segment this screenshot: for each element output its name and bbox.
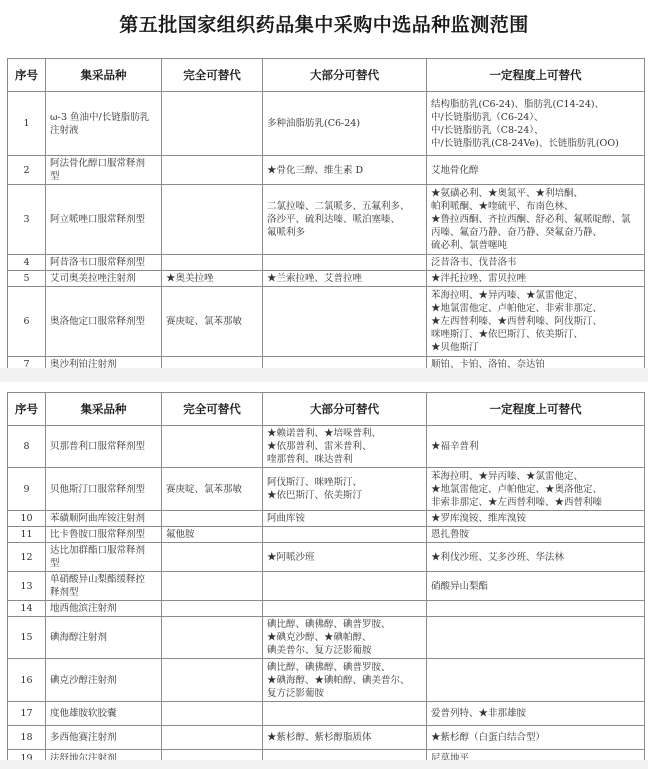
cell-partially-replaceable: ★罗库溴铵、维库溴铵	[427, 511, 645, 527]
cell-text-line: 型	[50, 557, 157, 570]
cell-mostly-replaceable	[263, 527, 427, 543]
cell-fully-replaceable	[162, 617, 263, 659]
cell-partially-replaceable: ★紫杉醇（白蛋白结合型）	[427, 726, 645, 750]
cell-drug: 贝他斯汀口服常释剂型	[46, 468, 162, 511]
cell-text-line: 苯海拉明、★异丙嗪、★氯雷他定、	[431, 470, 640, 483]
cell-text-line: 地西他滨注射剂	[50, 602, 157, 615]
cell-fully-replaceable: ★奥美拉唑	[162, 271, 263, 287]
cell-drug: 多西他赛注射剂	[46, 726, 162, 750]
cell-text-line: ★依巴斯汀、依美斯汀	[267, 489, 422, 502]
cell-partially-replaceable: ★泮托拉唑、雷贝拉唑	[427, 271, 645, 287]
cell-text-line: 恩扎鲁胺	[431, 528, 640, 541]
cell-drug: 单硝酸异山梨酯缓释控释剂型	[46, 572, 162, 601]
cell-text-line: ★罗库溴铵、维库溴铵	[431, 512, 640, 525]
cell-serial: 12	[8, 543, 46, 572]
cell-fully-replaceable	[162, 185, 263, 255]
cell-text-line: ★赖诺普利、★培哚普利、	[267, 427, 422, 440]
cell-drug: 度他雄胺软胶囊	[46, 702, 162, 726]
cell-drug: ω-3 鱼油中/长链脂肪乳注射液	[46, 92, 162, 156]
monitoring-table-1: 序号 集采品种 完全可替代 大部分可替代 一定程度上可替代 1ω-3 鱼油中/长…	[7, 58, 645, 373]
cell-text-line: 中/长链脂肪乳(C8-24Ve)、长链脂肪乳(OO)	[431, 137, 640, 150]
cell-text-line: 多种油脂肪乳(C6-24)	[267, 117, 422, 130]
table-row: 5艾司奥美拉唑注射剂★奥美拉唑★兰索拉唑、艾普拉唑★泮托拉唑、雷贝拉唑	[8, 271, 645, 287]
cell-mostly-replaceable: 二氯拉嗪、二氯哌多、五氟利多、洛沙平、硫利达嗪、哌泊塞嗪、氟哌利多	[263, 185, 427, 255]
table-page-2: 序号 集采品种 完全可替代 大部分可替代 一定程度上可替代 8贝那普利口服常释剂…	[7, 392, 644, 768]
table-row: 18多西他赛注射剂★紫杉醇、紫杉醇脂质体★紫杉醇（白蛋白结合型）	[8, 726, 645, 750]
table-body-1: 1ω-3 鱼油中/长链脂肪乳注射液多种油脂肪乳(C6-24)结构脂肪乳(C6-2…	[8, 92, 645, 373]
cell-text-line: ★奥美拉唑	[166, 272, 258, 285]
cell-text-line: 中/长链脂肪乳（C8-24）、	[431, 124, 640, 137]
table-row: 15碘海醇注射剂碘比醇、碘佛醇、碘普罗胺、★碘克沙醇、★碘帕醇、碘美普尔、复方泛…	[8, 617, 645, 659]
cell-text-line: ★鲁拉西酮、齐拉西酮、舒必利、氟哌啶醇、氯	[431, 213, 640, 226]
cell-text-line: 注射液	[50, 124, 157, 137]
cell-text-line: 阿伐斯汀、咪唑斯汀、	[267, 476, 422, 489]
cell-mostly-replaceable	[263, 255, 427, 271]
header-row: 序号 集采品种 完全可替代 大部分可替代 一定程度上可替代	[8, 59, 645, 92]
cell-drug: 奥洛他定口服常释剂型	[46, 287, 162, 357]
header-serial: 序号	[8, 59, 46, 92]
cell-mostly-replaceable: 多种油脂肪乳(C6-24)	[263, 92, 427, 156]
cell-text-line: ★氨磺必利、★奥氮平、★利培酮、	[431, 187, 640, 200]
cell-drug: 艾司奥美拉唑注射剂	[46, 271, 162, 287]
page-bottom-edge	[0, 760, 648, 769]
monitoring-table-2: 序号 集采品种 完全可替代 大部分可替代 一定程度上可替代 8贝那普利口服常释剂…	[7, 392, 645, 768]
cell-text-line: ★紫杉醇、紫杉醇脂质体	[267, 731, 422, 744]
cell-text-line: 喹那普利、咪达普利	[267, 453, 422, 466]
cell-text-line: 阿曲库铵	[267, 512, 422, 525]
table-page-1: 序号 集采品种 完全可替代 大部分可替代 一定程度上可替代 1ω-3 鱼油中/长…	[7, 58, 644, 373]
cell-fully-replaceable	[162, 92, 263, 156]
cell-serial: 10	[8, 511, 46, 527]
cell-drug: 阿昔洛韦口服常释剂型	[46, 255, 162, 271]
table-row: 3阿立哌唑口服常释剂型二氯拉嗪、二氯哌多、五氟利多、洛沙平、硫利达嗪、哌泊塞嗪、…	[8, 185, 645, 255]
cell-partially-replaceable: 苯海拉明、★异丙嗪、★氯雷他定、★地氯雷他定、卢帕他定、★奥洛他定、非索非那定、…	[427, 468, 645, 511]
header-partially-replaceable: 一定程度上可替代	[427, 393, 645, 426]
cell-text-line: 中/长链脂肪乳（C6-24）、	[431, 111, 640, 124]
cell-mostly-replaceable: ★阿哌沙班	[263, 543, 427, 572]
table-row: 12达比加群酯口服常释剂型★阿哌沙班★利伐沙班、艾多沙班、华法林	[8, 543, 645, 572]
cell-fully-replaceable	[162, 543, 263, 572]
table-row: 1ω-3 鱼油中/长链脂肪乳注射液多种油脂肪乳(C6-24)结构脂肪乳(C6-2…	[8, 92, 645, 156]
cell-fully-replaceable	[162, 156, 263, 185]
cell-text-line: 艾地骨化醇	[431, 164, 640, 177]
cell-fully-replaceable	[162, 726, 263, 750]
cell-partially-replaceable: ★福辛普利	[427, 426, 645, 468]
cell-drug: 地西他滨注射剂	[46, 601, 162, 617]
cell-drug: 阿立哌唑口服常释剂型	[46, 185, 162, 255]
cell-text-line: 帕利哌酮、★喹硫平、布南色林、	[431, 200, 640, 213]
cell-text-line: 比卡鲁胺口服常释剂型	[50, 528, 157, 541]
table-row: 9贝他斯汀口服常释剂型赛庚啶、氯苯那敏阿伐斯汀、咪唑斯汀、★依巴斯汀、依美斯汀苯…	[8, 468, 645, 511]
cell-mostly-replaceable: ★赖诺普利、★培哚普利、★依那普利、雷米普利、喹那普利、咪达普利	[263, 426, 427, 468]
cell-serial: 6	[8, 287, 46, 357]
cell-serial: 9	[8, 468, 46, 511]
cell-fully-replaceable	[162, 702, 263, 726]
cell-fully-replaceable	[162, 601, 263, 617]
cell-mostly-replaceable: 碘比醇、碘佛醇、碘普罗胺、★碘克沙醇、★碘帕醇、碘美普尔、复方泛影葡胺	[263, 617, 427, 659]
cell-serial: 16	[8, 659, 46, 702]
cell-mostly-replaceable	[263, 702, 427, 726]
cell-partially-replaceable: 苯海拉明、★异丙嗪、★氯雷他定、★地氯雷他定、卢帕他定、非索非那定、★左西替利嗪…	[427, 287, 645, 357]
table-row: 8贝那普利口服常释剂型★赖诺普利、★培哚普利、★依那普利、雷米普利、喹那普利、咪…	[8, 426, 645, 468]
cell-fully-replaceable	[162, 426, 263, 468]
cell-text-line: 结构脂肪乳(C6-24)、脂肪乳(C14-24)、	[431, 98, 640, 111]
table-body-2: 8贝那普利口服常释剂型★赖诺普利、★培哚普利、★依那普利、雷米普利、喹那普利、咪…	[8, 426, 645, 768]
cell-text-line: 赛庚啶、氯苯那敏	[166, 315, 258, 328]
cell-text-line: 赛庚啶、氯苯那敏	[166, 483, 258, 496]
cell-text-line: 丙嗪、氟奋乃静、奋乃静、癸氟奋乃静、	[431, 226, 640, 239]
cell-partially-replaceable: 结构脂肪乳(C6-24)、脂肪乳(C14-24)、中/长链脂肪乳（C6-24）、…	[427, 92, 645, 156]
cell-mostly-replaceable: 阿伐斯汀、咪唑斯汀、★依巴斯汀、依美斯汀	[263, 468, 427, 511]
cell-serial: 5	[8, 271, 46, 287]
page-separator	[0, 368, 648, 382]
cell-text-line: 贝那普利口服常释剂型	[50, 440, 157, 453]
cell-drug: 碘克沙醇注射剂	[46, 659, 162, 702]
cell-partially-replaceable: 泛昔洛韦、伐昔洛韦	[427, 255, 645, 271]
cell-mostly-replaceable	[263, 572, 427, 601]
cell-text-line: 爱普列特、★非那雄胺	[431, 707, 640, 720]
cell-serial: 3	[8, 185, 46, 255]
cell-text-line: 非索非那定、★左西替利嗪、★西替利嗪	[431, 496, 640, 509]
cell-fully-replaceable	[162, 511, 263, 527]
cell-text-line: ★左西替利嗪、★西替利嗪、阿伐斯汀、	[431, 315, 640, 328]
cell-fully-replaceable	[162, 572, 263, 601]
table-row: 16碘克沙醇注射剂碘比醇、碘佛醇、碘普罗胺、★碘海醇、★碘帕醇、碘美普尔、复方泛…	[8, 659, 645, 702]
cell-drug: 苯磺顺阿曲库铵注射剂	[46, 511, 162, 527]
cell-serial: 2	[8, 156, 46, 185]
cell-text-line: ω-3 鱼油中/长链脂肪乳	[50, 111, 157, 124]
header-row: 序号 集采品种 完全可替代 大部分可替代 一定程度上可替代	[8, 393, 645, 426]
cell-text-line: 艾司奥美拉唑注射剂	[50, 272, 157, 285]
cell-text-line: ★泮托拉唑、雷贝拉唑	[431, 272, 640, 285]
cell-partially-replaceable: 艾地骨化醇	[427, 156, 645, 185]
cell-drug: 阿法骨化醇口服常释剂型	[46, 156, 162, 185]
cell-text-line: 碘比醇、碘佛醇、碘普罗胺、	[267, 618, 422, 631]
cell-text-line: 氟哌利多	[267, 226, 422, 239]
cell-text-line: 泛昔洛韦、伐昔洛韦	[431, 256, 640, 269]
cell-text-line: ★贝他斯汀	[431, 341, 640, 354]
cell-partially-replaceable	[427, 601, 645, 617]
cell-text-line: ★地氯雷他定、卢帕他定、★奥洛他定、	[431, 483, 640, 496]
cell-text-line: 阿昔洛韦口服常释剂型	[50, 256, 157, 269]
cell-text-line: ★紫杉醇（白蛋白结合型）	[431, 731, 640, 744]
header-drug: 集采品种	[46, 59, 162, 92]
header-mostly-replaceable: 大部分可替代	[263, 393, 427, 426]
table-row: 11比卡鲁胺口服常释剂型氟他胺恩扎鲁胺	[8, 527, 645, 543]
cell-text-line: 奥洛他定口服常释剂型	[50, 315, 157, 328]
cell-mostly-replaceable: ★骨化三醇、维生素 D	[263, 156, 427, 185]
cell-fully-replaceable: 赛庚啶、氯苯那敏	[162, 468, 263, 511]
table-row: 6奥洛他定口服常释剂型赛庚啶、氯苯那敏苯海拉明、★异丙嗪、★氯雷他定、★地氯雷他…	[8, 287, 645, 357]
cell-text-line: 硝酸异山梨酯	[431, 580, 640, 593]
cell-text-line: ★兰索拉唑、艾普拉唑	[267, 272, 422, 285]
header-fully-replaceable: 完全可替代	[162, 393, 263, 426]
cell-serial: 13	[8, 572, 46, 601]
cell-mostly-replaceable	[263, 287, 427, 357]
cell-partially-replaceable	[427, 659, 645, 702]
cell-text-line: 度他雄胺软胶囊	[50, 707, 157, 720]
cell-mostly-replaceable: 碘比醇、碘佛醇、碘普罗胺、★碘海醇、★碘帕醇、碘美普尔、复方泛影葡胺	[263, 659, 427, 702]
cell-fully-replaceable	[162, 659, 263, 702]
cell-partially-replaceable: 硝酸异山梨酯	[427, 572, 645, 601]
cell-text-line: 单硝酸异山梨酯缓释控	[50, 573, 157, 586]
cell-text-line: 释剂型	[50, 586, 157, 599]
cell-mostly-replaceable: ★紫杉醇、紫杉醇脂质体	[263, 726, 427, 750]
cell-partially-replaceable	[427, 617, 645, 659]
cell-mostly-replaceable: ★兰索拉唑、艾普拉唑	[263, 271, 427, 287]
table-row: 17度他雄胺软胶囊爱普列特、★非那雄胺	[8, 702, 645, 726]
cell-drug: 碘海醇注射剂	[46, 617, 162, 659]
cell-serial: 18	[8, 726, 46, 750]
table-row: 10苯磺顺阿曲库铵注射剂阿曲库铵★罗库溴铵、维库溴铵	[8, 511, 645, 527]
cell-text-line: 多西他赛注射剂	[50, 731, 157, 744]
cell-serial: 14	[8, 601, 46, 617]
cell-text-line: 碘比醇、碘佛醇、碘普罗胺、	[267, 661, 422, 674]
cell-drug: 达比加群酯口服常释剂型	[46, 543, 162, 572]
cell-text-line: 达比加群酯口服常释剂	[50, 544, 157, 557]
cell-text-line: ★地氯雷他定、卢帕他定、非索非那定、	[431, 302, 640, 315]
document-title: 第五批国家组织药品集中采购中选品种监测范围	[0, 10, 648, 37]
header-drug: 集采品种	[46, 393, 162, 426]
cell-text-line: 咪唑斯汀、★依巴斯汀、依美斯汀、	[431, 328, 640, 341]
cell-text-line: ★碘克沙醇、★碘帕醇、	[267, 631, 422, 644]
header-mostly-replaceable: 大部分可替代	[263, 59, 427, 92]
cell-text-line: 洛沙平、硫利达嗪、哌泊塞嗪、	[267, 213, 422, 226]
cell-partially-replaceable: ★利伐沙班、艾多沙班、华法林	[427, 543, 645, 572]
cell-serial: 17	[8, 702, 46, 726]
cell-text-line: 阿立哌唑口服常释剂型	[50, 213, 157, 226]
cell-partially-replaceable: 恩扎鲁胺	[427, 527, 645, 543]
table-row: 13单硝酸异山梨酯缓释控释剂型硝酸异山梨酯	[8, 572, 645, 601]
cell-text-line: ★碘海醇、★碘帕醇、碘美普尔、	[267, 674, 422, 687]
cell-text-line: 苯磺顺阿曲库铵注射剂	[50, 512, 157, 525]
cell-fully-replaceable: 氟他胺	[162, 527, 263, 543]
cell-text-line: 硫必利、氯普噻吨	[431, 239, 640, 252]
cell-mostly-replaceable: 阿曲库铵	[263, 511, 427, 527]
cell-text-line: 氟他胺	[166, 528, 258, 541]
cell-text-line: 碘海醇注射剂	[50, 631, 157, 644]
cell-drug: 比卡鲁胺口服常释剂型	[46, 527, 162, 543]
header-partially-replaceable: 一定程度上可替代	[427, 59, 645, 92]
cell-serial: 8	[8, 426, 46, 468]
cell-drug: 贝那普利口服常释剂型	[46, 426, 162, 468]
cell-mostly-replaceable	[263, 601, 427, 617]
cell-serial: 4	[8, 255, 46, 271]
cell-text-line: 苯海拉明、★异丙嗪、★氯雷他定、	[431, 289, 640, 302]
cell-serial: 11	[8, 527, 46, 543]
header-fully-replaceable: 完全可替代	[162, 59, 263, 92]
cell-fully-replaceable: 赛庚啶、氯苯那敏	[162, 287, 263, 357]
cell-text-line: ★骨化三醇、维生素 D	[267, 164, 422, 177]
cell-text-line: ★福辛普利	[431, 440, 640, 453]
cell-text-line: ★依那普利、雷米普利、	[267, 440, 422, 453]
cell-serial: 1	[8, 92, 46, 156]
cell-text-line: 复方泛影葡胺	[267, 687, 422, 700]
cell-text-line: ★阿哌沙班	[267, 551, 422, 564]
cell-text-line: 碘克沙醇注射剂	[50, 674, 157, 687]
header-serial: 序号	[8, 393, 46, 426]
cell-text-line: 阿法骨化醇口服常释剂	[50, 157, 157, 170]
cell-fully-replaceable	[162, 255, 263, 271]
table-row: 2阿法骨化醇口服常释剂型★骨化三醇、维生素 D艾地骨化醇	[8, 156, 645, 185]
cell-partially-replaceable: 爱普列特、★非那雄胺	[427, 702, 645, 726]
cell-text-line: 碘美普尔、复方泛影葡胺	[267, 644, 422, 657]
cell-text-line: 型	[50, 170, 157, 183]
table-row: 4阿昔洛韦口服常释剂型泛昔洛韦、伐昔洛韦	[8, 255, 645, 271]
cell-serial: 15	[8, 617, 46, 659]
cell-partially-replaceable: ★氨磺必利、★奥氮平、★利培酮、帕利哌酮、★喹硫平、布南色林、★鲁拉西酮、齐拉西…	[427, 185, 645, 255]
cell-text-line: ★利伐沙班、艾多沙班、华法林	[431, 551, 640, 564]
cell-text-line: 二氯拉嗪、二氯哌多、五氟利多、	[267, 200, 422, 213]
cell-text-line: 贝他斯汀口服常释剂型	[50, 483, 157, 496]
table-row: 14地西他滨注射剂	[8, 601, 645, 617]
